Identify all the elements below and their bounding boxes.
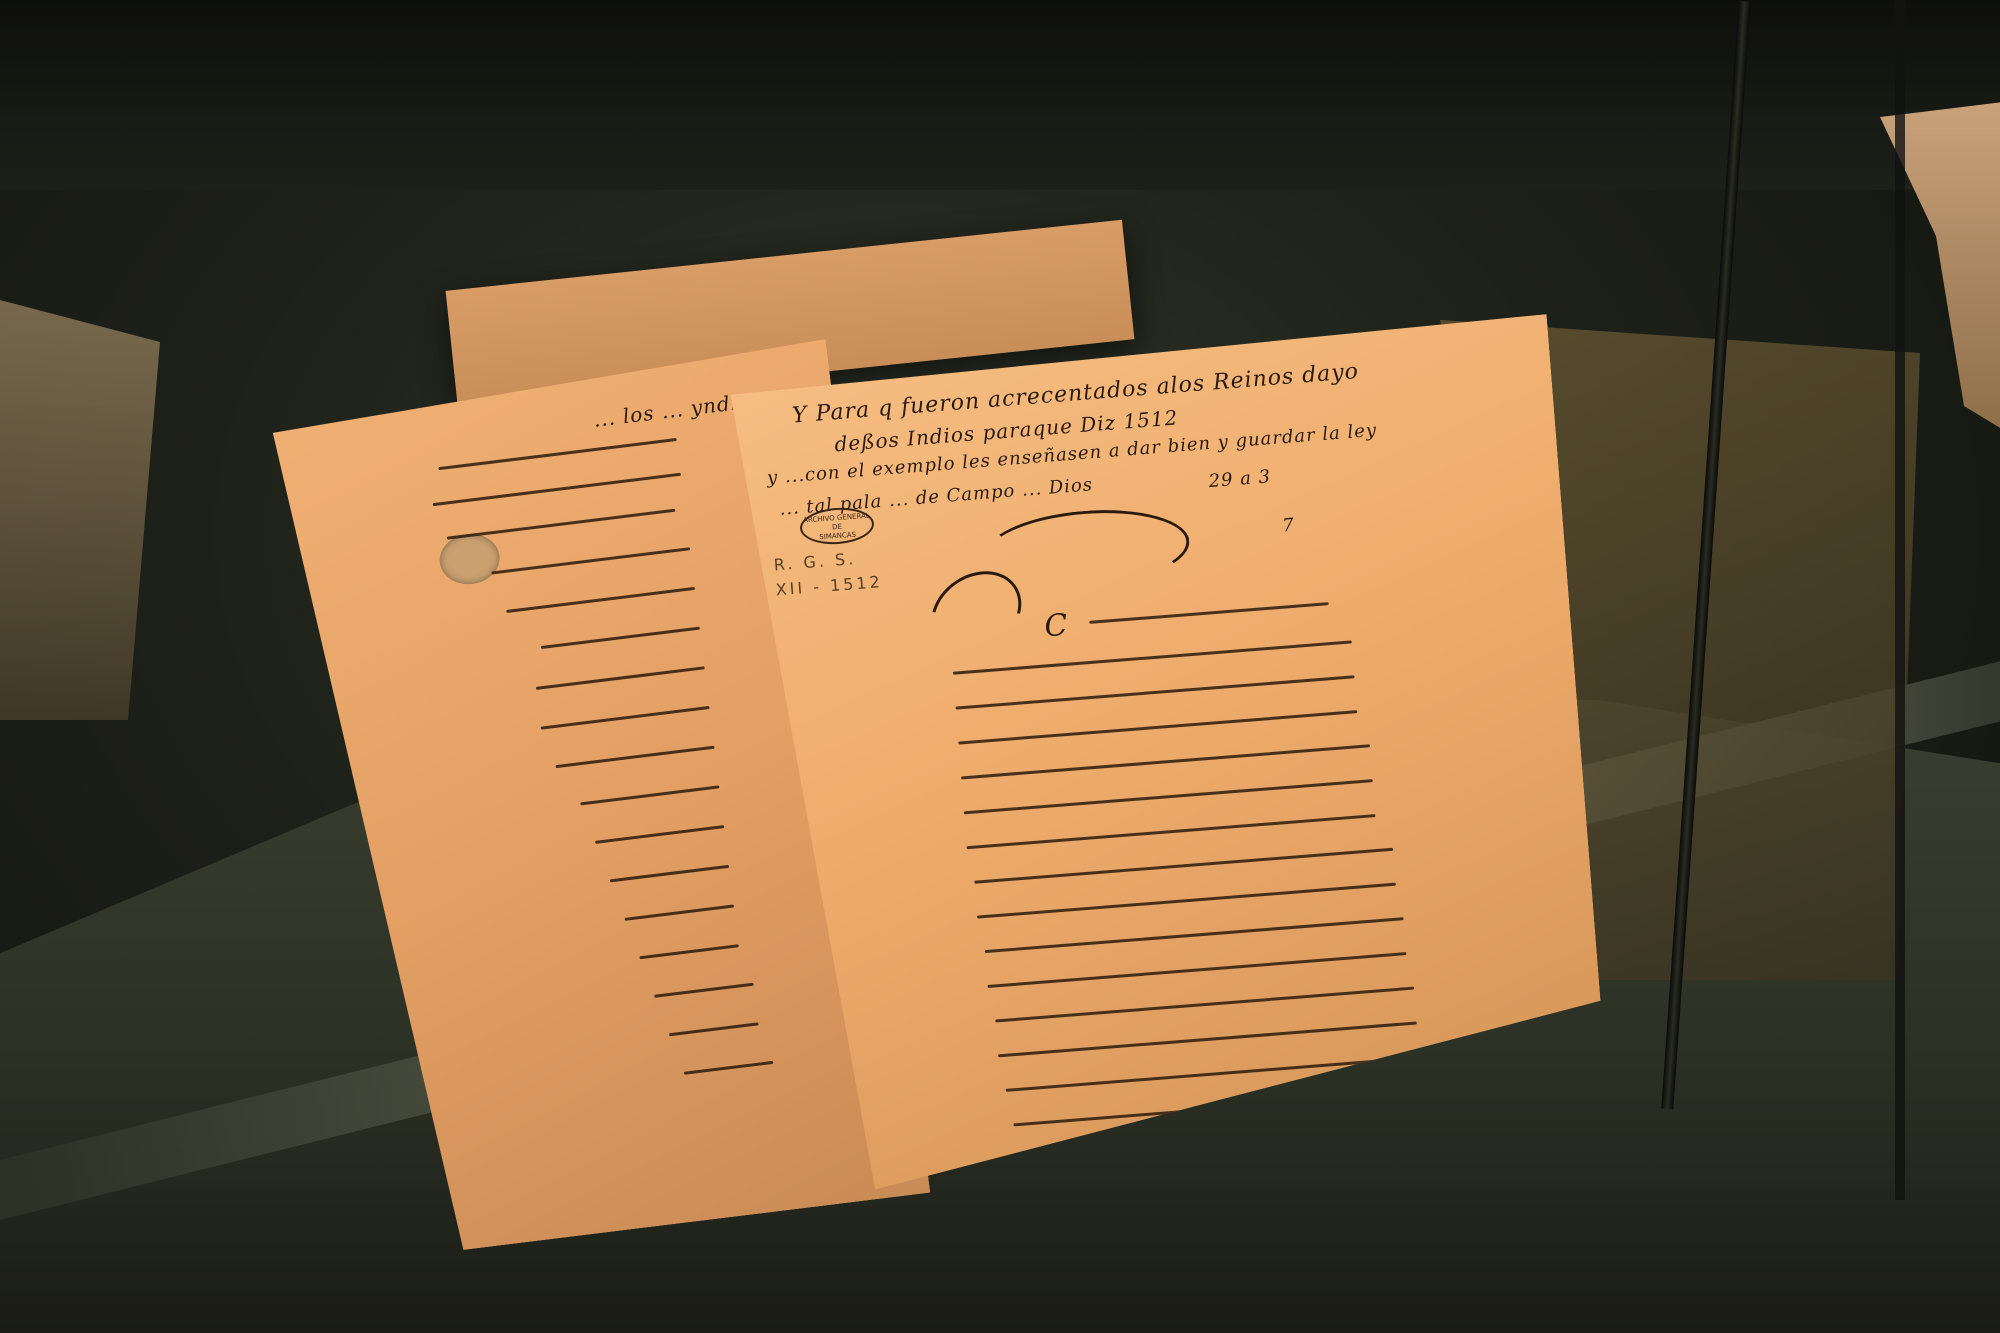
- handwriting-line: [506, 587, 695, 613]
- handwriting-line: [541, 627, 700, 649]
- handwriting-line: [987, 952, 1406, 988]
- handwriting-line: [447, 509, 676, 540]
- handwriting-line: [491, 547, 690, 574]
- handwriting-line: [961, 744, 1370, 779]
- archive-reference-2: XII - 1512: [775, 572, 883, 599]
- handwriting-line: [985, 917, 1404, 953]
- handwriting-line: [610, 865, 729, 883]
- handwriting-line: [536, 666, 705, 690]
- handwriting-line: [964, 779, 1373, 814]
- handwriting-line: [953, 640, 1352, 674]
- archive-reference-1: R. G. S.: [773, 549, 857, 574]
- handwriting-line: [541, 706, 710, 730]
- handwriting-line: [684, 1061, 774, 1075]
- handwriting-line: [998, 1021, 1417, 1057]
- page-number: 7: [1282, 515, 1296, 537]
- handwriting-line: [639, 944, 739, 959]
- handwriting-line: [654, 983, 754, 998]
- handwriting-line: [438, 438, 677, 470]
- handwriting-line: [1089, 602, 1328, 624]
- case-top-frame: [0, 0, 2000, 190]
- handwriting-line: [956, 675, 1355, 709]
- photo-scene: ... los ... yndios Y Para q fueron acrec…: [0, 0, 2000, 1333]
- handwriting-line: [433, 473, 682, 506]
- handwriting-line: [669, 1022, 759, 1036]
- handwriting-line: [625, 904, 735, 920]
- folio-note: 29 a 3: [1208, 466, 1272, 492]
- handwriting-line: [555, 746, 714, 768]
- handwriting-line: [958, 710, 1357, 744]
- initial-letter: C: [1043, 608, 1070, 645]
- handwriting-line: [967, 814, 1376, 849]
- handwriting-line: [580, 785, 719, 805]
- handwriting-line: [595, 825, 724, 844]
- handwriting-line: [995, 987, 1414, 1023]
- handwriting-line: [977, 883, 1396, 919]
- handwriting-line: [974, 848, 1393, 884]
- glass-case-frame-post-right: [1895, 0, 1905, 1200]
